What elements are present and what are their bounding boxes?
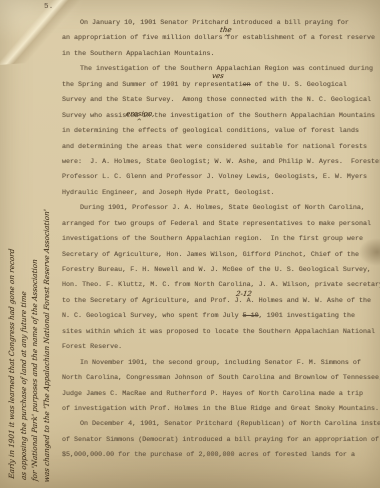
- margin-note-line: as opposing the purchase of land at any …: [18, 55, 30, 480]
- typescript-line: and determining the areas that were cons…: [62, 140, 374, 155]
- margin-note: Early in 1901 it was learned that Congre…: [6, 54, 52, 483]
- typed-text: Hon. Theo. F. Kluttz, M. C. from North C…: [62, 281, 380, 289]
- margin-note-line: was changed to the 'The Appalachian Nati…: [41, 58, 53, 483]
- insertion-erosion: erosion,^: [126, 111, 155, 118]
- typescript-line: sites within which it was proposed to lo…: [62, 325, 374, 340]
- typed-text: Survey and the State Survey. Among those…: [62, 96, 371, 104]
- typed-text: North Carolina, Congressman Johnson of S…: [62, 374, 380, 382]
- typescript-line: On December 4, 1901, Senator Pritchard (…: [62, 417, 374, 432]
- typed-text: in determining the effects of geological…: [62, 127, 359, 135]
- typed-text: Forestry Bureau, F. H. Newell and W. J. …: [62, 266, 371, 274]
- typed-text: The investigation of the Southern Appala…: [80, 65, 373, 73]
- typescript-line: Judge James C. MacRae and Rutherford P. …: [62, 387, 374, 402]
- typed-text: and determining the areas that were cons…: [62, 143, 367, 151]
- typescript-line: Forestry Bureau, F. H. Newell and W. J. …: [62, 263, 374, 278]
- typed-text: , 1901 investigating the: [259, 312, 355, 320]
- typed-text: In November 1901, the second group, incl…: [80, 359, 361, 367]
- typescript-line: N. C. Geological Survey, who spent from …: [62, 309, 374, 324]
- typed-text: were: J. A. Holmes, State Geologist; W. …: [62, 158, 380, 166]
- correction-ves: ves: [212, 73, 225, 80]
- typescript-line: Survey who assisted in the investigation…: [62, 109, 374, 124]
- typescript-line: of investigation with Prof. Holmes in th…: [62, 402, 374, 417]
- struck-text: on: [243, 81, 251, 89]
- typescript-line: an appropriation of five million dollars…: [62, 31, 374, 46]
- typescript-line: in the Southern Appalachian Mountains.: [62, 47, 374, 62]
- typed-text: an appropriation of five million dollars…: [62, 34, 375, 42]
- typescript-line: Professor L. C. Glenn and Professor J. V…: [62, 170, 374, 185]
- document-page: 5. On January 10, 1901 Senator Pritchard…: [0, 0, 380, 488]
- paragraph: In November 1901, the second group, incl…: [62, 356, 374, 418]
- typed-text: On December 4, 1901, Senator Pritchard (…: [80, 420, 380, 428]
- typescript-line: Secretary of Agriculture, Hon. James Wil…: [62, 248, 374, 263]
- caret-mark: ^: [223, 34, 229, 41]
- typescript-line: Hydraulic Engineer, and Joseph Hyde Prat…: [62, 186, 374, 201]
- correction-dates: 2-12: [236, 291, 253, 298]
- typed-text: to the Secretary of Agriculture, and Pro…: [62, 297, 371, 305]
- handwritten-text: 2-12: [236, 290, 253, 298]
- typescript-line: the Spring and Summer of 1901 by represe…: [62, 78, 374, 93]
- typescript-line: $5,000,000.00 for the purchase of 2,000,…: [62, 448, 374, 463]
- typescript-line: were: J. A. Holmes, State Geologist; W. …: [62, 155, 374, 170]
- typed-text: investigations of the Southern Appalachi…: [62, 235, 363, 243]
- typed-text: Judge James C. MacRae and Rutherford P. …: [62, 390, 363, 398]
- typescript-line: in determining the effects of geological…: [62, 124, 374, 139]
- typescript-line: During 1901, Professor J. A. Holmes, Sta…: [62, 201, 374, 216]
- typed-text: sites within which it was proposed to lo…: [62, 328, 375, 336]
- paragraph: During 1901, Professor J. A. Holmes, Sta…: [62, 201, 374, 355]
- struck-text: 5-10: [243, 312, 259, 320]
- typed-text: the Spring and Summer of 1901 by represe…: [62, 81, 243, 89]
- typescript-line: North Carolina, Congressman Johnson of S…: [62, 371, 374, 386]
- typed-text: of investigation with Prof. Holmes in th…: [62, 405, 379, 413]
- typescript-line: In November 1901, the second group, incl…: [62, 356, 374, 371]
- margin-note-line: Early in 1901 it was learned that Congre…: [6, 54, 18, 479]
- typescript-line: Forest Reserve.: [62, 340, 374, 355]
- typed-text: During 1901, Professor J. A. Holmes, Sta…: [80, 204, 365, 212]
- typescript-line: On January 10, 1901 Senator Pritchard in…: [62, 16, 374, 31]
- margin-note-line: for 'National Park' purposes and the nam…: [29, 56, 41, 481]
- typescript-body: On January 10, 1901 Senator Pritchard in…: [62, 16, 374, 464]
- page-number: 5.: [44, 3, 54, 11]
- insertion-the: the^: [220, 27, 232, 34]
- typed-text: On January 10, 1901 Senator Pritchard in…: [80, 19, 349, 27]
- typed-text: $5,000,000.00 for the purchase of 2,000,…: [62, 451, 355, 459]
- typescript-line: Hon. Theo. F. Kluttz, M. C. from North C…: [62, 278, 374, 293]
- handwritten-text: ves: [212, 72, 225, 80]
- typescript-line: arranged for two groups of Federal and S…: [62, 217, 374, 232]
- typed-text: in the Southern Appalachian Mountains.: [62, 50, 215, 58]
- typescript-line: Survey and the State Survey. Among those…: [62, 93, 374, 108]
- typed-text: Survey who assisted in the investigation…: [62, 112, 375, 120]
- typescript-line: to the Secretary of Agriculture, and Pro…: [62, 294, 374, 309]
- typed-text: of Senator Simmons (Democrat) introduced…: [62, 436, 379, 444]
- typed-text: Professor L. C. Glenn and Professor J. V…: [62, 173, 367, 181]
- typescript-line: investigations of the Southern Appalachi…: [62, 232, 374, 247]
- typed-text: Secretary of Agriculture, Hon. James Wil…: [62, 251, 359, 259]
- typed-text: Forest Reserve.: [62, 343, 122, 351]
- typed-text: Hydraulic Engineer, and Joseph Hyde Prat…: [62, 189, 275, 197]
- typed-text: arranged for two groups of Federal and S…: [62, 220, 371, 228]
- caret-mark: ^: [136, 118, 142, 125]
- paragraph: On January 10, 1901 Senator Pritchard in…: [62, 16, 374, 62]
- paragraph: On December 4, 1901, Senator Pritchard (…: [62, 417, 374, 463]
- typed-text: of the U. S. Geological: [251, 81, 347, 89]
- typed-text: N. C. Geological Survey, who spent from …: [62, 312, 243, 320]
- typescript-line: of Senator Simmons (Democrat) introduced…: [62, 433, 374, 448]
- paragraph: The investigation of the Southern Appala…: [62, 62, 374, 201]
